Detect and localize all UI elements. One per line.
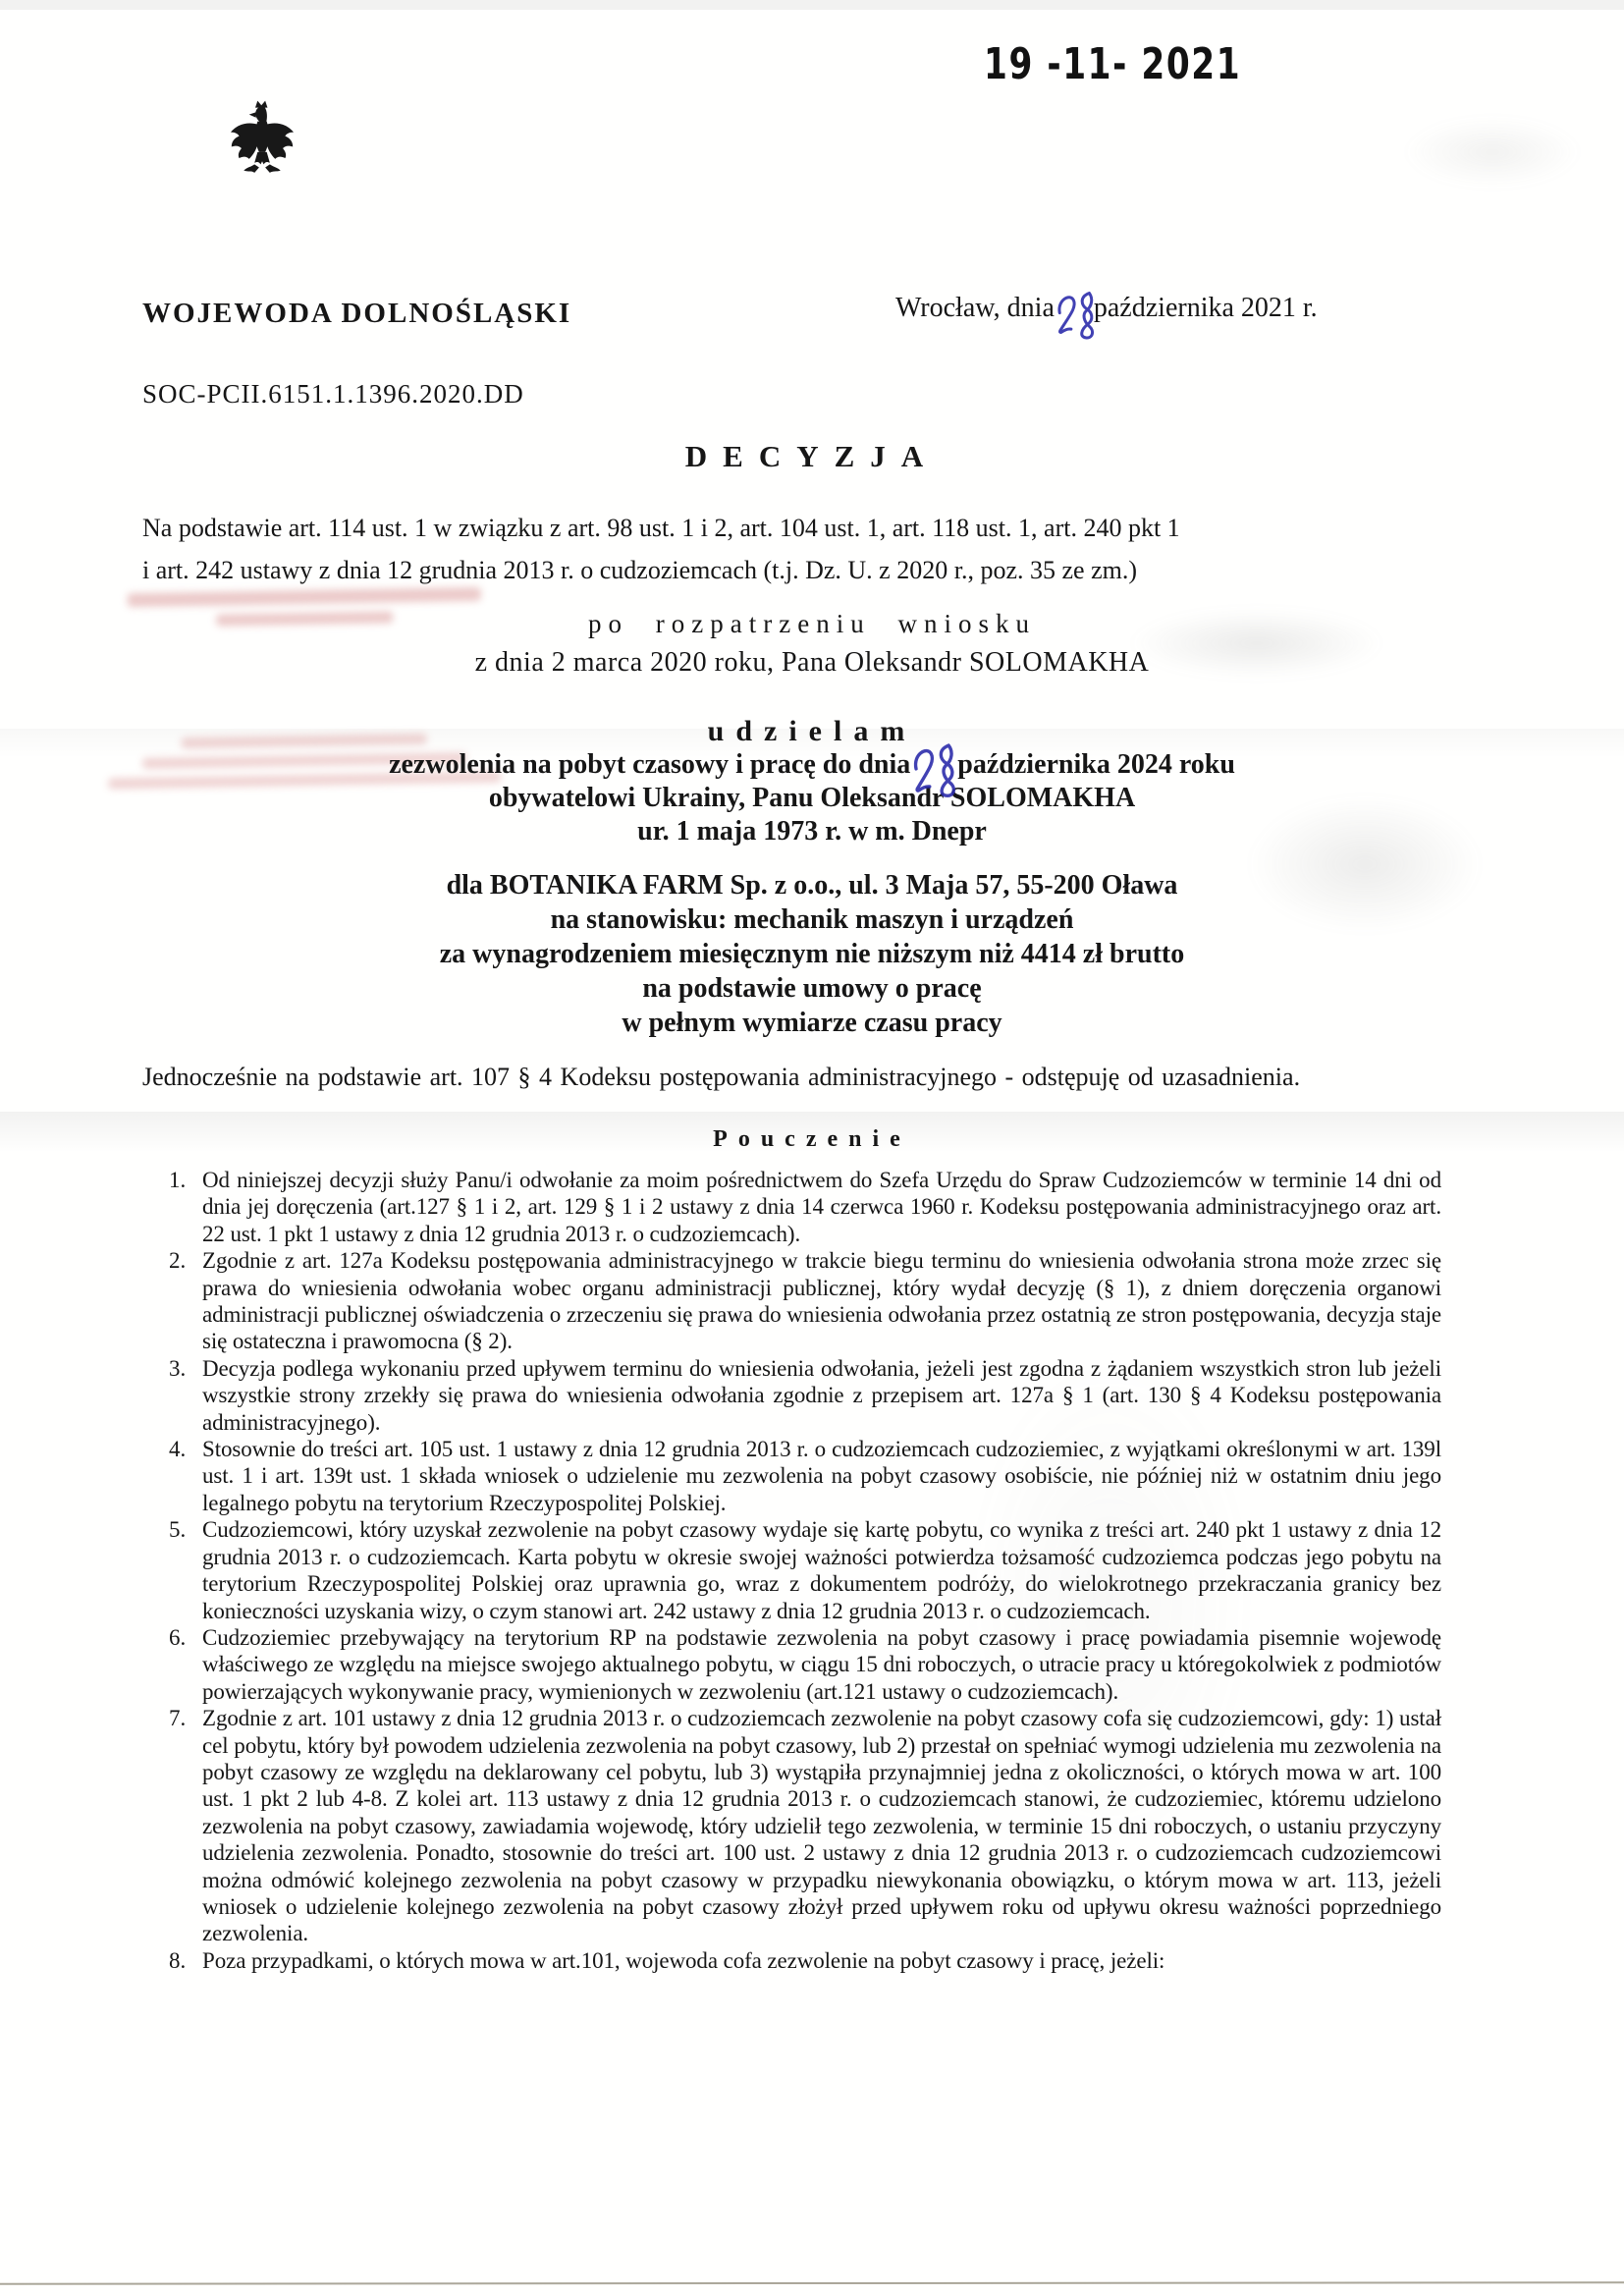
instruction-item: 8. Poza przypadkami, o których mowa w ar… [169,1947,1441,1974]
instruction-item: 6. Cudzoziemiec przebywający na terytori… [169,1624,1441,1705]
consideration-line-1: po rozpatrzeniu wniosku [0,604,1624,643]
place-date-line: Wrocław, dnia października 2021 r. [895,293,1318,324]
place-date-suffix: października 2021 r. [1094,293,1318,324]
legal-basis-line: i art. 242 ustawy z dnia 12 grudnia 2013… [142,549,1492,591]
item-number: 4. [169,1436,202,1516]
consideration-block: po rozpatrzeniu wniosku z dnia 2 marca 2… [0,604,1624,683]
item-number: 7. [169,1705,202,1947]
item-number: 8. [169,1947,202,1974]
item-text: Stosownie do treści art. 105 ust. 1 usta… [202,1436,1441,1516]
scan-bottom-edge-line [0,2281,1624,2284]
instruction-heading: Pouczenie [0,1126,1624,1153]
item-text: Zgodnie z art. 127a Kodeksu postępowania… [202,1247,1441,1355]
item-number: 5. [169,1516,202,1624]
scan-smudge [1404,118,1581,187]
item-text: Decyzja podlega wykonaniu przed upływem … [202,1355,1441,1436]
grant-position-line: na stanowisku: mechanik maszyn i urządze… [0,902,1624,937]
grant-permit-block: zezwolenia na pobyt czasowy i pracę do d… [0,748,1624,848]
instruction-item: 1. Od niniejszej decyzji służy Panu/i od… [169,1167,1441,1247]
permit-suffix: października 2024 roku [957,748,1235,782]
handwritten-day-number [1051,285,1102,347]
instruction-item: 2. Zgodnie z art. 127a Kodeksu postępowa… [169,1247,1441,1355]
item-text: Cudzoziemcowi, który uzyskał zezwolenie … [202,1516,1441,1624]
received-date-stamp: 19 -11- 2021 [984,39,1241,89]
instruction-item: 7. Zgodnie z art. 101 ustawy z dnia 12 g… [169,1705,1441,1947]
grant-salary-line: za wynagrodzeniem miesięcznym nie niższy… [0,937,1624,971]
decision-title: DECYZJA [0,439,1624,474]
consideration-line-2: z dnia 2 marca 2020 roku, Pana Oleksandr… [0,643,1624,683]
document-page: 19 -11- 2021 WOJEWODA DOLNOŚLĄSKI Wrocła… [0,0,1624,2296]
coat-of-arms-eagle-icon [224,98,300,194]
place-date-prefix: Wrocław, dnia [895,293,1055,324]
item-number: 1. [169,1167,202,1247]
item-number: 6. [169,1624,202,1705]
grant-worktime-line: w pełnym wymiarze czasu pracy [0,1006,1624,1040]
grant-contract-line: na podstawie umowy o pracę [0,971,1624,1006]
legal-basis-paragraph: Na podstawie art. 114 ust. 1 w związku z… [142,507,1492,591]
legal-basis-line: Na podstawie art. 114 ust. 1 w związku z… [142,507,1492,549]
grant-person-line-2: ur. 1 maja 1973 r. w m. Dnepr [0,815,1624,848]
item-text: Od niniejszej decyzji służy Panu/i odwoł… [202,1167,1441,1247]
grant-employment-block: dla BOTANIKA FARM Sp. z o.o., ul. 3 Maja… [0,868,1624,1040]
permit-line: zezwolenia na pobyt czasowy i pracę do d… [0,748,1624,782]
grant-heading: udzielam [0,715,1624,748]
item-text: Cudzoziemiec przebywający na terytorium … [202,1624,1441,1705]
handwritten-day-number [905,736,965,807]
instruction-list: 1. Od niniejszej decyzji służy Panu/i od… [169,1167,1441,1974]
instruction-item: 5. Cudzoziemcowi, który uzyskał zezwolen… [169,1516,1441,1624]
item-text: Poza przypadkami, o których mowa w art.1… [202,1947,1441,1974]
permit-prefix: zezwolenia na pobyt czasowy i pracę do d… [389,748,910,782]
instruction-item: 3. Decyzja podlega wykonaniu przed upływ… [169,1355,1441,1436]
item-number: 3. [169,1355,202,1436]
authority-name: WOJEWODA DOLNOŚLĄSKI [142,298,571,330]
item-text: Zgodnie z art. 101 ustawy z dnia 12 grud… [202,1705,1441,1947]
grant-employer-line: dla BOTANIKA FARM Sp. z o.o., ul. 3 Maja… [0,868,1624,902]
case-number: SOC-PCII.6151.1.1396.2020.DD [142,379,524,410]
item-number: 2. [169,1247,202,1355]
scan-edge-shading [0,0,1624,10]
justification-waiver: Jednocześnie na podstawie art. 107 § 4 K… [142,1063,1300,1092]
instruction-item: 4. Stosownie do treści art. 105 ust. 1 u… [169,1436,1441,1516]
grant-person-line-1: obywatelowi Ukrainy, Panu Oleksandr SOLO… [0,782,1624,815]
